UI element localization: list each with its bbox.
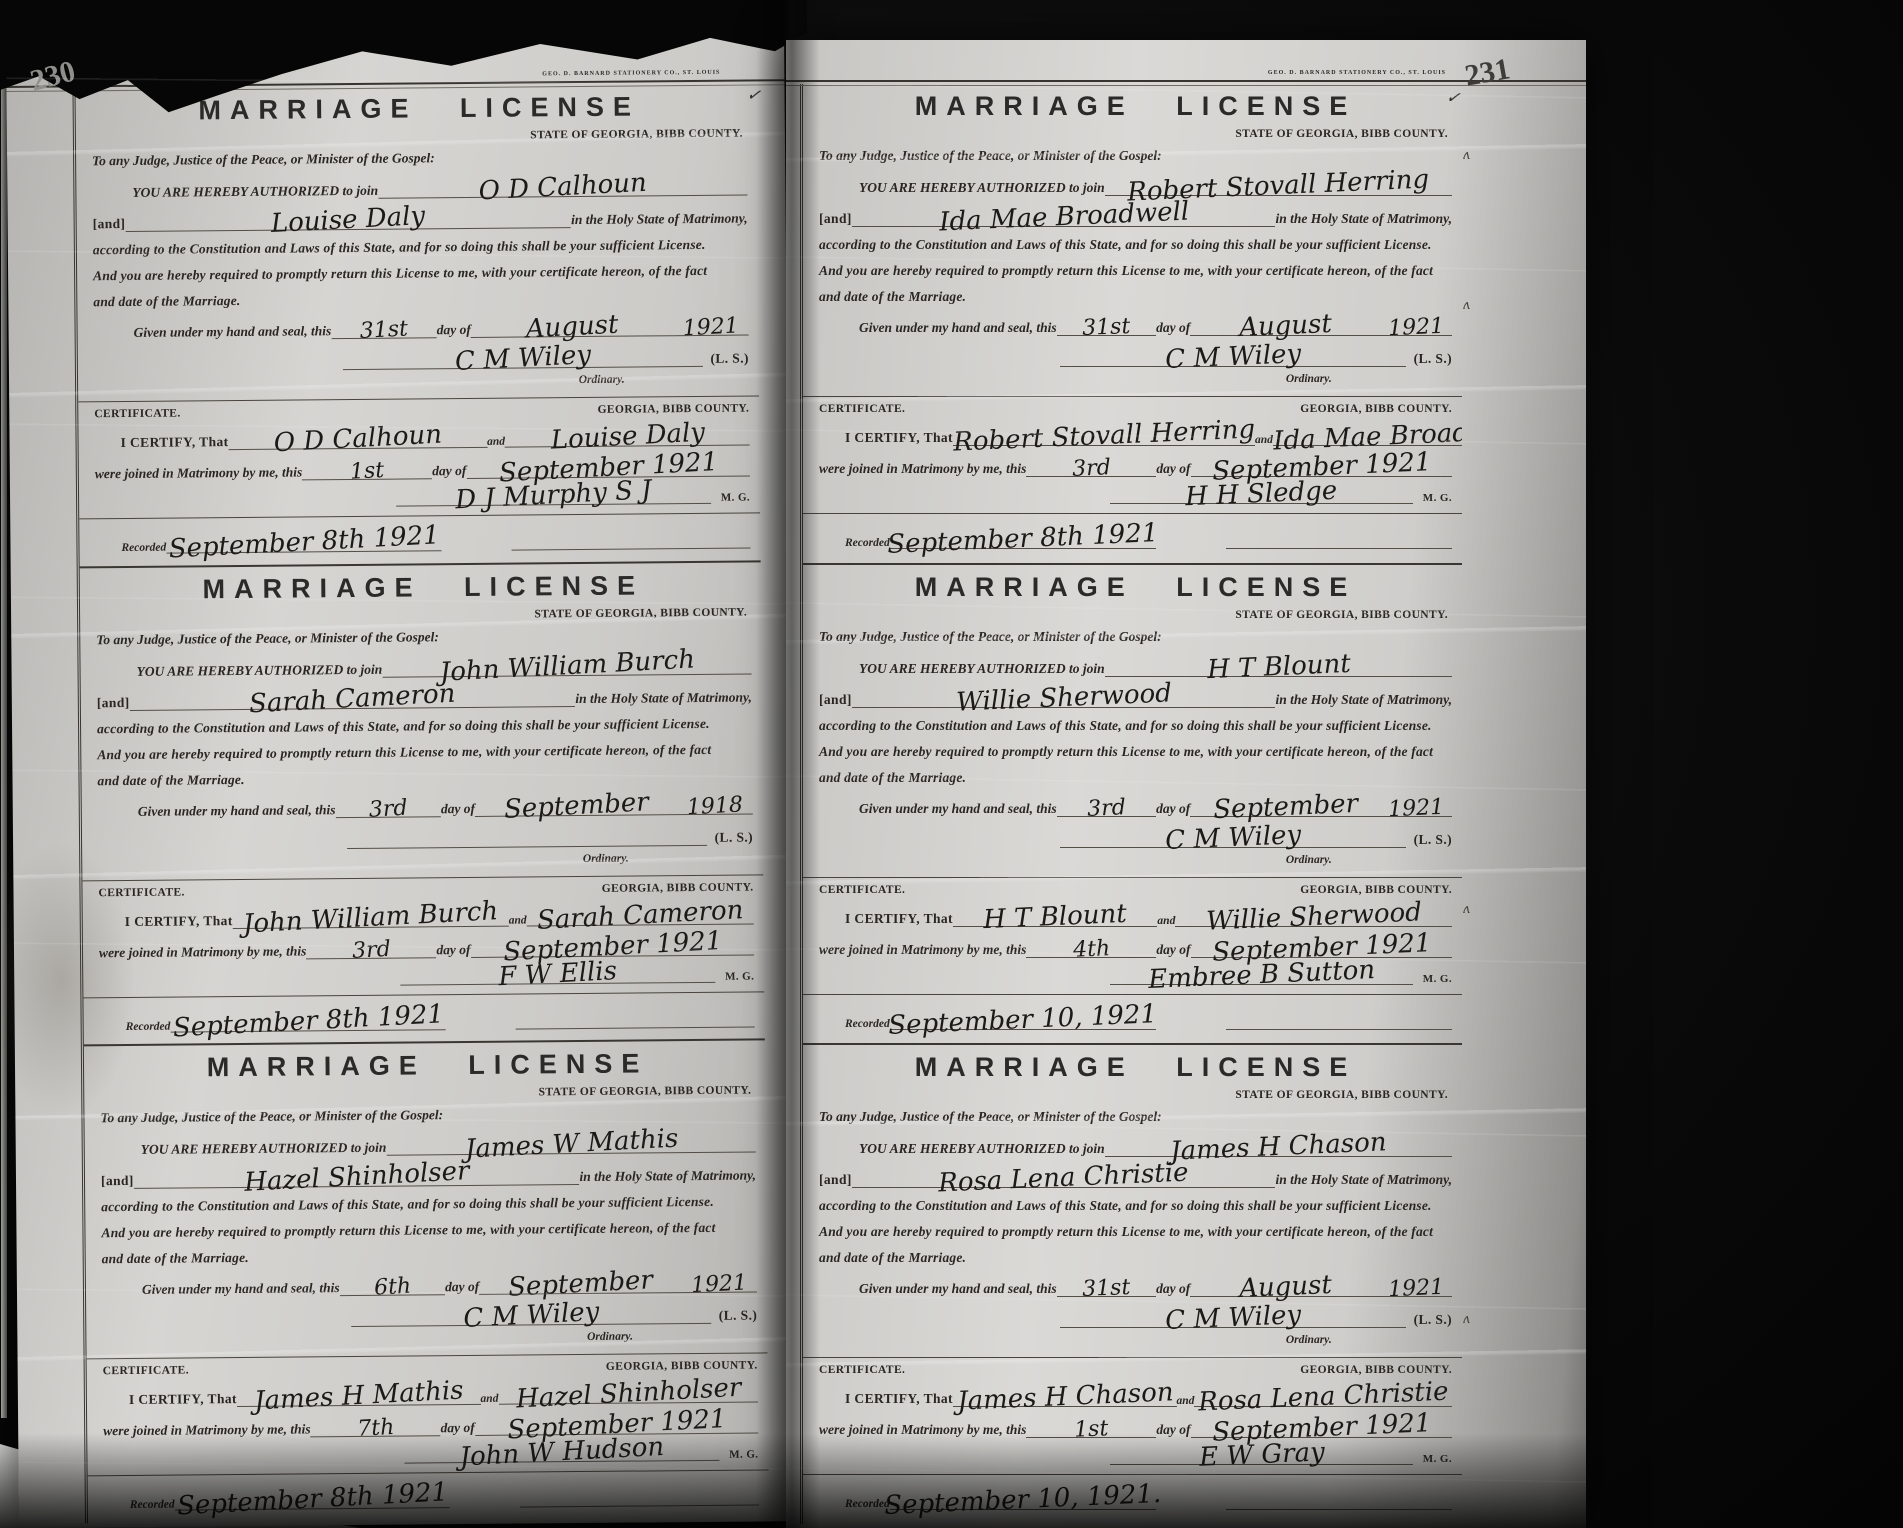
issued-day-line: 31st (1057, 1276, 1156, 1297)
matrimony-label: in the Holy State of Matrimony, (575, 689, 752, 707)
form-title: MARRIAGE LICENSE (207, 1049, 649, 1083)
authorized-label: YOU ARE HEREBY AUTHORIZED to join (859, 1141, 1105, 1157)
ordinary-signature-line: C M Wiley (1060, 346, 1406, 367)
state-county-row: STATE OF GEORGIA, BIBB COUNTY. (819, 1085, 1452, 1103)
issued-month-line: September (475, 794, 677, 817)
cert-groom-name: John William Burch (243, 898, 499, 937)
officiant-signature: H H Sledge (1185, 478, 1338, 511)
recorded-date: September 8th 1921 (887, 520, 1159, 558)
form-title-row: MARRIAGE LICENSE (96, 569, 751, 606)
ordinary-signature-line: C M Wiley (351, 1303, 711, 1327)
given-label: Given under my hand and seal, this (134, 323, 332, 341)
issued-month-line: September (479, 1272, 681, 1295)
joined-row: were joined in Matrimony by me, this 4th… (819, 937, 1452, 958)
cert-groom-line: James H Mathis (237, 1384, 481, 1407)
certificate-label: CERTIFICATE. (819, 884, 905, 896)
authorized-row: YOU ARE HEREBY AUTHORIZED to join James … (101, 1132, 756, 1159)
recorded-row: Recorded September 8th 1921 (100, 1006, 755, 1033)
salutation-row: To any Judge, Justice of the Peace, or M… (96, 625, 751, 649)
recorded-row: Recorded September 10, 1921. (819, 1489, 1452, 1510)
recorded-row: Recorded September 8th 1921 (95, 528, 750, 555)
officiant-signature: John W Hudson (459, 1434, 665, 1471)
authorized-label: YOU ARE HEREBY AUTHORIZED to join (132, 183, 378, 201)
officiant-signature: E W Gray (1198, 1440, 1325, 1471)
state-county-row: STATE OF GEORGIA, BIBB COUNTY. (819, 605, 1452, 623)
certificate-header: CERTIFICATE. GEORGIA, BIBB COUNTY. (819, 884, 1452, 896)
matrimony-label: in the Holy State of Matrimony, (1275, 1172, 1452, 1188)
certify-row: I CERTIFY, That James H Chason and Rosa … (819, 1386, 1452, 1407)
ordinary-signature: C M Wiley (1164, 341, 1301, 373)
day-of-label: day of (1156, 1281, 1190, 1297)
ordinary-signature: C M Wiley (1164, 822, 1301, 854)
license-column: MARRIAGE LICENSE STATE OF GEORGIA, BIBB … (72, 83, 768, 1523)
cert-bride-line: Rosa Lena Christie (1194, 1386, 1452, 1407)
scanned-record-book-photo: { "scan": { "printer_stamp": "GEO. D. BA… (0, 0, 1903, 1528)
ordinary-signature-row: C M Wiley (L. S.) (1060, 827, 1452, 848)
issued-day: 3rd (1087, 797, 1127, 821)
married-day-line: 1st (1026, 1417, 1156, 1438)
married-month-line: September 1921 (466, 456, 750, 479)
clause-sufficient-license: according to the Constitution and Laws o… (97, 715, 752, 737)
officiant-signature: F W Ellis (498, 958, 618, 990)
ordinary-label: Ordinary. (579, 374, 625, 386)
issued-month: August (1239, 1272, 1333, 1302)
printer-stamp: GEO. D. BARNARD STATIONERY CO., ST. LOUI… (542, 70, 720, 78)
certificate-header: CERTIFICATE. GEORGIA, BIBB COUNTY. (819, 403, 1452, 415)
given-label: Given under my hand and seal, this (859, 1281, 1057, 1297)
ordinary-title-row: Ordinary. (98, 847, 753, 871)
issued-day: 3rd (368, 797, 408, 821)
cert-groom-name: James H Mathis (254, 1378, 465, 1415)
recorded-label: Recorded (130, 1499, 175, 1511)
cert-bride-line: Sarah Cameron (526, 903, 753, 926)
marriage-license-form: MARRIAGE LICENSE STATE OF GEORGIA, BIBB … (803, 84, 1462, 563)
cert-groom-line: Robert Stovall Herring (953, 425, 1255, 446)
married-day: 4th (1073, 938, 1111, 962)
authorized-label: YOU ARE HEREBY AUTHORIZED to join (136, 661, 382, 679)
groom-name: James W Mathis (464, 1126, 679, 1163)
ordinary-signature: C M Wiley (454, 342, 591, 375)
given-label: Given under my hand and seal, this (859, 320, 1057, 336)
authorized-label: YOU ARE HEREBY AUTHORIZED to join (859, 661, 1105, 677)
recorded-date-line: September 8th 1921 (174, 1488, 449, 1511)
recorded-row: Recorded September 10, 1921 (819, 1009, 1452, 1030)
certify-row: I CERTIFY, That H T Blount and Willie Sh… (819, 906, 1452, 927)
officiant-signature-line: John W Hudson (405, 1440, 720, 1464)
issued-year-line: 1921 (1381, 1276, 1452, 1297)
recorded-date-line: September 8th 1921 (170, 1009, 445, 1032)
issued-year: 1918 (687, 794, 744, 819)
day-of-label: day of (1156, 461, 1190, 477)
groom-name-line: Robert Stovall Herring (1105, 175, 1452, 196)
given-label: Given under my hand and seal, this (138, 802, 336, 820)
page-number: 231 (1462, 52, 1512, 93)
matrimony-label: in the Holy State of Matrimony, (1275, 692, 1452, 708)
given-row: Given under my hand and seal, this 31st … (819, 1276, 1452, 1297)
check-mark: ✓ (1444, 87, 1461, 109)
salutation-line: To any Judge, Justice of the Peace, or M… (96, 629, 439, 647)
groom-name-line: H T Blount (1105, 656, 1452, 677)
issued-month-line: August (1190, 315, 1381, 336)
joined-row: were joined in Matrimony by me, this 1st… (819, 1417, 1452, 1438)
certify-row: I CERTIFY, That John William Burch and S… (99, 903, 754, 930)
married-day: 3rd (1072, 457, 1112, 481)
blank-line (520, 1485, 759, 1508)
issued-day: 31st (1082, 316, 1131, 340)
given-row: Given under my hand and seal, this 31st … (819, 315, 1452, 336)
issued-month: August (525, 312, 619, 343)
day-of-label: day of (437, 322, 471, 338)
and-bracket-label: [and] (101, 1173, 134, 1189)
certificate-header: CERTIFICATE. GEORGIA, BIBB COUNTY. (98, 881, 753, 899)
bride-name-line: Rosa Lena Christie (852, 1167, 1276, 1188)
joined-label: were joined in Matrimony by me, this (819, 461, 1026, 477)
issued-day-line: 6th (340, 1275, 446, 1297)
clause-sufficient-license: according to the Constitution and Laws o… (819, 1198, 1452, 1214)
issued-year-line: 1921 (1381, 315, 1452, 336)
cert-and-label: and (1177, 1395, 1195, 1407)
form-title-row: MARRIAGE LICENSE (819, 1052, 1452, 1083)
ordinary-title-row: Ordinary. (819, 1330, 1452, 1348)
day-of-label: day of (432, 463, 466, 479)
recorded-row: Recorded September 8th 1921 (104, 1485, 759, 1512)
issued-year: 1921 (1388, 316, 1445, 340)
clause-date-of-marriage: and date of the Marriage. (819, 770, 1452, 786)
i-certify-label: I CERTIFY, That (845, 430, 953, 446)
certify-row: I CERTIFY, That Robert Stovall Herring a… (819, 425, 1452, 446)
salutation-line: To any Judge, Justice of the Peace, or M… (819, 629, 1162, 644)
bride-name-line: Sarah Cameron (129, 686, 575, 711)
page-231: 231 GEO. D. BARNARD STATIONERY CO., ST. … (786, 40, 1586, 1528)
issued-month-line: August (471, 315, 673, 338)
ordinary-title-row: Ordinary. (102, 1326, 757, 1350)
married-month-line: September 1921 (470, 934, 754, 957)
ls-label: (L. S.) (710, 351, 749, 367)
cert-and-label: and (1255, 434, 1273, 446)
issued-day-line: 3rd (1057, 796, 1156, 817)
georgia-county-label: GEORGIA, BIBB COUNTY. (602, 881, 754, 894)
officiant-row: D J Murphy S J M. G. (95, 483, 750, 510)
clause-return-license: And you are hereby required to promptly … (819, 263, 1452, 279)
ordinary-title-row: Ordinary. (819, 369, 1452, 387)
margin-mark: ʌ (1463, 902, 1470, 917)
issued-month: September (1213, 791, 1359, 823)
authorized-row: YOU ARE HEREBY AUTHORIZED to join John W… (96, 653, 751, 680)
recorded-date: September 8th 1921 (172, 1001, 444, 1041)
recorded-row: Recorded September 8th 1921 (819, 528, 1452, 549)
salutation-line: To any Judge, Justice of the Peace, or M… (92, 150, 435, 168)
section-divider (79, 512, 760, 519)
day-of-label: day of (441, 1420, 475, 1436)
state-county-line: STATE OF GEORGIA, BIBB COUNTY. (530, 128, 743, 142)
groom-name-line: James W Mathis (386, 1132, 755, 1156)
ordinary-signature: C M Wiley (462, 1299, 599, 1332)
section-divider (803, 877, 1462, 878)
certificate-header: CERTIFICATE. GEORGIA, BIBB COUNTY. (103, 1360, 758, 1378)
ordinary-title-row: Ordinary. (819, 850, 1452, 868)
state-county-row: STATE OF GEORGIA, BIBB COUNTY. (92, 124, 747, 148)
groom-name: O D Calhoun (478, 170, 647, 205)
marriage-license-form: MARRIAGE LICENSE STATE OF GEORGIA, BIBB … (803, 563, 1462, 1044)
clause-date-of-marriage: and date of the Marriage. (102, 1246, 757, 1268)
certificate-header: CERTIFICATE. GEORGIA, BIBB COUNTY. (819, 1364, 1452, 1376)
ordinary-signature-row: C M Wiley (L. S.) (343, 346, 749, 371)
state-county-line: STATE OF GEORGIA, BIBB COUNTY. (1235, 609, 1448, 621)
given-row: Given under my hand and seal, this 31st … (94, 315, 749, 342)
and-bracket-label: [and] (819, 211, 852, 227)
ls-label: (L. S.) (1414, 351, 1452, 367)
ordinary-signature-row: C M Wiley (L. S.) (1060, 346, 1452, 367)
marriage-license-form: MARRIAGE LICENSE STATE OF GEORGIA, BIBB … (803, 1043, 1462, 1524)
day-of-label: day of (1156, 1422, 1190, 1438)
married-day-line: 3rd (306, 937, 436, 959)
salutation-line: To any Judge, Justice of the Peace, or M… (100, 1108, 443, 1126)
georgia-county-label: GEORGIA, BIBB COUNTY. (597, 403, 749, 416)
officiant-signature-line: H H Sledge (1110, 483, 1413, 504)
issued-year: 1921 (1388, 1277, 1445, 1301)
state-county-line: STATE OF GEORGIA, BIBB COUNTY. (1235, 128, 1448, 140)
clause-return-license: And you are hereby required to promptly … (101, 1220, 756, 1242)
certificate-label: CERTIFICATE. (819, 1364, 905, 1376)
section-divider (88, 1470, 769, 1477)
given-row: Given under my hand and seal, this 3rd d… (98, 793, 753, 820)
married-day-line: 1st (302, 458, 432, 480)
certificate-header: CERTIFICATE. GEORGIA, BIBB COUNTY. (94, 403, 749, 421)
ordinary-label: Ordinary. (1286, 1334, 1332, 1346)
salutation-line: To any Judge, Justice of the Peace, or M… (819, 1109, 1162, 1124)
married-day: 7th (357, 1417, 395, 1441)
ls-label: (L. S.) (1414, 832, 1452, 848)
bride-name: Louise Daly (271, 203, 426, 237)
married-day-line: 4th (1026, 937, 1156, 958)
officiant-row: E W Gray M. G. (819, 1444, 1452, 1465)
recorded-date-line: September 8th 1921 (166, 530, 441, 553)
recorded-date-line: September 10, 1921. (890, 1489, 1156, 1510)
married-month-line: September 1921 (475, 1413, 759, 1436)
officiant-signature: Embree B Sutton (1148, 957, 1376, 993)
margin-mark: ʌ (1463, 148, 1470, 163)
cert-groom-line: John William Burch (233, 905, 509, 928)
clause-return-license: And you are hereby required to promptly … (97, 741, 752, 763)
record-book: 230 GEO. D. BARNARD STATIONERY CO., ST. … (0, 0, 1903, 1528)
day-of-label: day of (441, 801, 475, 817)
ordinary-label: Ordinary. (1286, 854, 1332, 866)
recorded-date-line: September 10, 1921 (890, 1009, 1156, 1030)
minister-of-gospel-label: M. G. (1423, 973, 1452, 985)
issued-month-line: August (1190, 1276, 1381, 1297)
blank-line (1226, 1489, 1452, 1510)
clause-sufficient-license: according to the Constitution and Laws o… (819, 237, 1452, 253)
groom-name-line: O D Calhoun (378, 175, 747, 199)
section-divider (87, 1353, 768, 1360)
printer-stamp: GEO. D. BARNARD STATIONERY CO., ST. LOUI… (1268, 70, 1446, 76)
issued-day-line: 31st (1057, 315, 1156, 336)
clause-date-of-marriage: and date of the Marriage. (819, 1250, 1452, 1266)
groom-name: H T Blount (1206, 651, 1351, 683)
salutation-row: To any Judge, Justice of the Peace, or M… (819, 1108, 1452, 1126)
clause-sufficient-license: according to the Constitution and Laws o… (101, 1194, 756, 1216)
license-column: MARRIAGE LICENSE STATE OF GEORGIA, BIBB … (800, 84, 1462, 1524)
groom-name: James H Chason (1170, 1130, 1387, 1165)
bride-name: Ida Mae Broadwell (938, 199, 1189, 236)
cert-bride-line: Willie Sherwood (1175, 906, 1452, 927)
cert-groom-name: James H Chason (956, 1380, 1173, 1415)
recorded-label: Recorded (126, 1020, 171, 1032)
ordinary-label: Ordinary. (583, 852, 629, 864)
clause-sufficient-license: according to the Constitution and Laws o… (819, 718, 1452, 734)
marriage-license-form: MARRIAGE LICENSE STATE OF GEORGIA, BIBB … (84, 1039, 769, 1524)
and-row: [and] Rosa Lena Christie in the Holy Sta… (819, 1167, 1452, 1188)
issued-year-line: 1921 (673, 315, 749, 337)
issued-year-line: 1918 (677, 793, 753, 815)
ordinary-signature-line: C M Wiley (343, 346, 703, 370)
section-divider (82, 874, 763, 881)
issued-day: 31st (1082, 1277, 1131, 1301)
issued-month: September (507, 1268, 653, 1302)
section-divider (803, 513, 1462, 514)
minister-of-gospel-label: M. G. (1423, 492, 1452, 504)
i-certify-label: I CERTIFY, That (125, 913, 233, 930)
ordinary-signature-row: C M Wiley (L. S.) (1060, 1307, 1452, 1328)
ordinary-label: Ordinary. (587, 1331, 633, 1343)
section-divider (78, 395, 759, 402)
authorized-label: YOU ARE HEREBY AUTHORIZED to join (859, 180, 1105, 196)
matrimony-label: in the Holy State of Matrimony, (1275, 211, 1452, 227)
salutation-row: To any Judge, Justice of the Peace, or M… (92, 147, 747, 171)
i-certify-label: I CERTIFY, That (845, 911, 953, 927)
marriage-license-form: MARRIAGE LICENSE STATE OF GEORGIA, BIBB … (80, 560, 765, 1045)
authorized-label: YOU ARE HEREBY AUTHORIZED to join (141, 1140, 387, 1158)
given-label: Given under my hand and seal, this (142, 1280, 340, 1298)
issued-year: 1921 (691, 1273, 748, 1298)
matrimony-label: in the Holy State of Matrimony, (571, 211, 748, 229)
clause-return-license: And you are hereby required to promptly … (93, 263, 748, 285)
matrimony-label: in the Holy State of Matrimony, (579, 1168, 756, 1186)
form-title: MARRIAGE LICENSE (915, 91, 1357, 121)
certify-row: I CERTIFY, That James H Mathis and Hazel… (103, 1382, 758, 1409)
state-county-row: STATE OF GEORGIA, BIBB COUNTY. (819, 124, 1452, 142)
bride-name-line: Willie Sherwood (852, 687, 1276, 708)
clause-date-of-marriage: and date of the Marriage. (97, 767, 752, 789)
check-mark: ✓ (745, 85, 762, 107)
section-divider (803, 994, 1462, 995)
recorded-date-line: September 8th 1921 (890, 528, 1156, 549)
authorized-row: YOU ARE HEREBY AUTHORIZED to join O D Ca… (92, 175, 747, 202)
i-certify-label: I CERTIFY, That (845, 1391, 953, 1407)
issued-year-line: 1921 (681, 1272, 757, 1294)
officiant-row: John W Hudson M. G. (103, 1440, 758, 1467)
issued-year: 1921 (682, 315, 739, 340)
form-title: MARRIAGE LICENSE (198, 91, 640, 125)
salutation-row: To any Judge, Justice of the Peace, or M… (819, 147, 1452, 165)
given-label: Given under my hand and seal, this (859, 801, 1057, 817)
bride-name: Willie Sherwood (955, 680, 1172, 715)
minister-of-gospel-label: M. G. (725, 970, 754, 982)
authorized-row: YOU ARE HEREBY AUTHORIZED to join Robert… (819, 175, 1452, 196)
married-day: 1st (350, 460, 385, 484)
and-bracket-label: [and] (93, 216, 126, 232)
day-of-label: day of (445, 1279, 479, 1295)
state-county-row: STATE OF GEORGIA, BIBB COUNTY. (96, 602, 751, 626)
bride-name: Hazel Shinholser (244, 1158, 470, 1196)
cert-and-label: and (487, 436, 505, 448)
bride-name-line: Ida Mae Broadwell (852, 206, 1276, 227)
issued-month: August (1239, 311, 1333, 341)
ls-label: (L. S.) (715, 829, 754, 845)
issued-day-line: 31st (331, 317, 437, 339)
page-230: 230 GEO. D. BARNARD STATIONERY CO., ST. … (6, 27, 797, 1528)
cert-groom-line: O D Calhoun (228, 427, 487, 450)
issued-day: 31st (360, 318, 409, 342)
bride-name: Sarah Cameron (249, 680, 457, 717)
groom-name-line: James H Chason (1105, 1136, 1452, 1157)
cert-and-label: and (509, 914, 527, 926)
joined-label: were joined in Matrimony by me, this (819, 1422, 1026, 1438)
section-divider (803, 1474, 1462, 1475)
i-certify-label: I CERTIFY, That (121, 434, 229, 451)
married-month-line: September 1921 (1191, 456, 1452, 477)
issued-month: September (503, 789, 649, 823)
ordinary-label: Ordinary. (1286, 373, 1332, 385)
blank-line (1226, 1009, 1452, 1030)
certify-row: I CERTIFY, That O D Calhoun and Louise D… (94, 425, 749, 452)
given-row: Given under my hand and seal, this 3rd d… (819, 796, 1452, 817)
blank-line (515, 1006, 754, 1029)
form-title: MARRIAGE LICENSE (915, 1052, 1357, 1082)
clause-sufficient-license: according to the Constitution and Laws o… (93, 237, 748, 259)
recorded-date: September 10, 1921. (884, 1481, 1162, 1519)
ordinary-signature-row: (L. S.) (347, 824, 753, 849)
georgia-county-label: GEORGIA, BIBB COUNTY. (1300, 403, 1452, 415)
ordinary-title-row: Ordinary. (94, 369, 749, 393)
minister-of-gospel-label: M. G. (1423, 1453, 1452, 1465)
officiant-row: Embree B Sutton M. G. (819, 964, 1452, 985)
and-bracket-label: [and] (97, 695, 130, 711)
ordinary-signature-row: C M Wiley (L. S.) (351, 1303, 757, 1328)
officiant-row: H H Sledge M. G. (819, 483, 1452, 504)
married-month-line: September 1921 (1191, 1417, 1452, 1438)
authorized-row: YOU ARE HEREBY AUTHORIZED to join H T Bl… (819, 656, 1452, 677)
clause-return-license: And you are hereby required to promptly … (819, 744, 1452, 760)
ordinary-signature: C M Wiley (1164, 1302, 1301, 1334)
form-title-row: MARRIAGE LICENSE (100, 1048, 755, 1085)
joined-row: were joined in Matrimony by me, this 1st… (95, 456, 750, 483)
section-divider (83, 991, 764, 998)
georgia-county-label: GEORGIA, BIBB COUNTY. (1300, 884, 1452, 896)
state-county-line: STATE OF GEORGIA, BIBB COUNTY. (1235, 1089, 1448, 1101)
issued-day-line: 3rd (335, 796, 441, 818)
authorized-row: YOU ARE HEREBY AUTHORIZED to join James … (819, 1136, 1452, 1157)
given-row: Given under my hand and seal, this 6th d… (102, 1272, 757, 1299)
i-certify-label: I CERTIFY, That (129, 1391, 237, 1408)
ls-label: (L. S.) (719, 1308, 758, 1324)
married-month-line: September 1921 (1191, 937, 1452, 958)
married-day-line: 3rd (1026, 456, 1156, 477)
recorded-date: September 8th 1921 (168, 522, 440, 562)
ordinary-signature-line (347, 825, 707, 849)
day-of-label: day of (1156, 801, 1190, 817)
officiant-signature-line: Embree B Sutton (1110, 964, 1413, 985)
cert-and-label: and (480, 1393, 498, 1405)
and-row: [and] Willie Sherwood in the Holy State … (819, 687, 1452, 708)
joined-label: were joined in Matrimony by me, this (103, 1422, 311, 1440)
cert-groom-name: O D Calhoun (273, 422, 442, 457)
joined-label: were joined in Matrimony by me, this (95, 464, 303, 482)
and-row: [and] Sarah Cameron in the Holy State of… (97, 684, 752, 711)
clause-return-license: And you are hereby required to promptly … (819, 1224, 1452, 1240)
margin-mark: ʌ (1463, 298, 1470, 313)
officiant-signature: D J Murphy S J (455, 477, 653, 513)
